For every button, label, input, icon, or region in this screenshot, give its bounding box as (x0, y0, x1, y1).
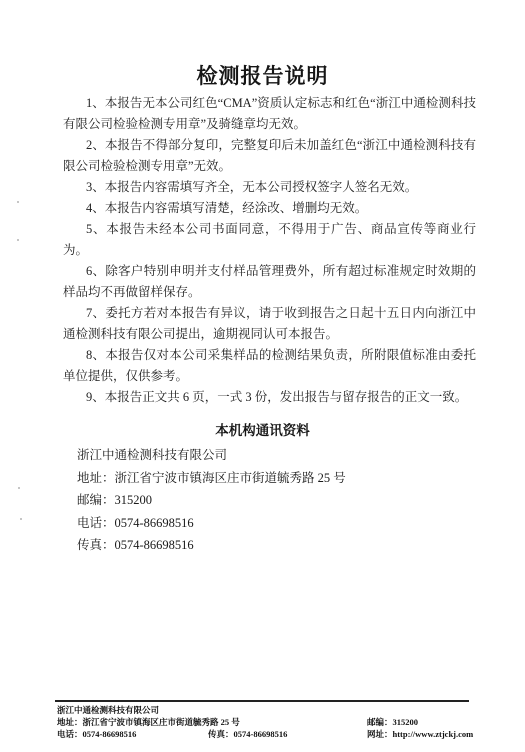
scan-speck (17, 239, 19, 241)
note-item-9: 9、本报告正文共 6 页，一式 3 份，发出报告与留存报告的正文一致。 (63, 387, 476, 408)
page-title: 检测报告说明 (0, 60, 525, 90)
contact-company: 浙江中通检测科技有限公司 (77, 444, 346, 467)
contact-address: 地址：浙江省宁波市镇海区庄市街道毓秀路 25 号 (77, 467, 346, 490)
footer-company: 浙江中通检测科技有限公司 (57, 705, 159, 716)
note-item-4: 4、本报告内容需填写清楚，经涂改、增删均无效。 (63, 198, 476, 219)
note-item-2: 2、本报告不得部分复印，完整复印后未加盖红色“浙江中通检测科技有限公司检验检测专… (63, 135, 476, 177)
note-item-8: 8、本报告仅对本公司采集样品的检测结果负责，所附限值标准由委托单位提供，仅供参考… (63, 345, 476, 387)
scan-speck (20, 518, 22, 520)
note-item-3: 3、本报告内容需填写齐全，无本公司授权签字人签名无效。 (63, 177, 476, 198)
footer-fax: 传真：0574-86698516 (208, 729, 287, 740)
contact-fax: 传真：0574-86698516 (77, 534, 346, 557)
footer-website: 网址：http://www.ztjckj.com (367, 729, 473, 740)
note-item-6: 6、除客户特别申明并支付样品管理费外，所有超过标准规定时效期的样品均不再做留样保… (63, 261, 476, 303)
contact-section-heading: 本机构通讯资料 (0, 419, 525, 439)
scan-speck (18, 487, 20, 489)
contact-phone: 电话：0574-86698516 (77, 512, 346, 535)
scan-speck (17, 201, 19, 203)
footer-phone: 电话：0574-86698516 (57, 729, 136, 740)
scanned-report-page: 检测报告说明 1、本报告无本公司红色“CMA”资质认定标志和红色“浙江中通检测科… (0, 0, 525, 752)
contact-postcode: 邮编：315200 (77, 489, 346, 512)
note-item-5: 5、本报告未经本公司书面同意，不得用于广告、商品宣传等商业行为。 (63, 219, 476, 261)
note-item-1: 1、本报告无本公司红色“CMA”资质认定标志和红色“浙江中通检测科技有限公司检验… (63, 93, 476, 135)
note-item-7: 7、委托方若对本报告有异议，请于收到报告之日起十五日内向浙江中通检测科技有限公司… (63, 303, 476, 345)
footer-postcode: 邮编：315200 (367, 717, 418, 728)
report-notes-list: 1、本报告无本公司红色“CMA”资质认定标志和红色“浙江中通检测科技有限公司检验… (63, 93, 476, 408)
contact-info-block: 浙江中通检测科技有限公司 地址：浙江省宁波市镇海区庄市街道毓秀路 25 号 邮编… (77, 444, 346, 557)
footer-address: 地址：浙江省宁波市镇海区庄市街道毓秀路 25 号 (57, 717, 240, 728)
footer-divider (55, 700, 469, 702)
